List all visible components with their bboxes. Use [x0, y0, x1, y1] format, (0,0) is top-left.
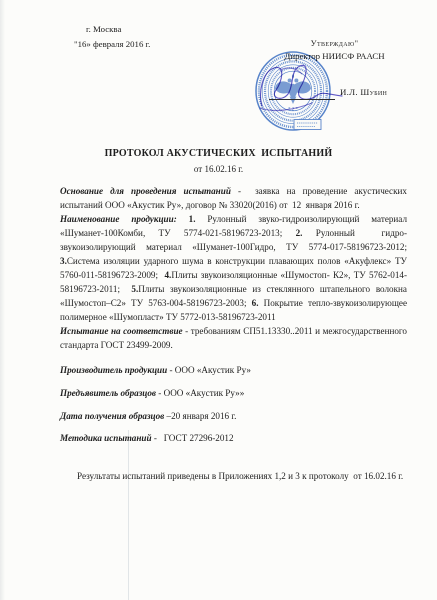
signature-icon: [252, 56, 352, 114]
receipt-date-text: –20 января 2016 г.: [164, 411, 236, 421]
document-title: ПРОТОКОЛ АКУСТИЧЕСКИХ ИСПЫТАНИЙ: [0, 148, 437, 159]
paragraph-receipt-date: Дата получения образцов –20 января 2016 …: [60, 409, 407, 423]
products-label: Наименование продукции:: [60, 214, 189, 224]
presenter-label: Предъявитель образцов: [60, 388, 156, 398]
paragraph-basis: Основание для проведения испытаний - зая…: [60, 184, 407, 212]
document-page: г. Москва "16» февраля 2016 г. Утверждаю…: [0, 0, 437, 600]
method-text: - ГОСТ 27296-2012: [152, 433, 234, 443]
paragraph-products: Наименование продукции: 1. Рулонный звук…: [60, 212, 407, 324]
document-body: Основание для проведения испытаний - зая…: [60, 184, 407, 483]
signature-line: [269, 99, 335, 100]
basis-label: Основание для проведения испытаний: [60, 186, 231, 196]
paragraph-method: Методика испытаний - ГОСТ 27296-2012: [60, 431, 407, 445]
paragraph-results: Результаты испытаний приведены в Приложе…: [60, 469, 407, 483]
compliance-label: Испытание на соответствие: [60, 326, 183, 336]
product-6-num: 6.: [252, 298, 259, 308]
paragraph-presenter: Предъявитель образцов - ООО «Акустик Ру»…: [60, 386, 407, 400]
paragraph-manufacturer: Производитель продукции - ООО «Акустик Р…: [60, 363, 407, 377]
document-date-subtitle: от 16.02.16 г.: [0, 164, 437, 174]
approval-label: Утверждаю": [262, 39, 407, 48]
receipt-date-label: Дата получения образцов: [60, 411, 164, 421]
manufacturer-text: - ООО «Акустик Ру»: [167, 365, 251, 375]
product-3-num: 3.: [60, 256, 67, 266]
scan-edge-shadow: [0, 0, 5, 600]
method-label: Методика испытаний: [60, 433, 152, 443]
presenter-text: - ООО «Акустик Ру»»: [156, 388, 244, 398]
place-line: г. Москва: [86, 24, 121, 34]
paragraph-compliance: Испытание на соответствие - требованиям …: [60, 324, 407, 352]
manufacturer-label: Производитель продукции: [60, 365, 167, 375]
approver-name: И.Л. Шубин: [340, 87, 387, 97]
written-date-line: "16» февраля 2016 г.: [74, 39, 150, 49]
